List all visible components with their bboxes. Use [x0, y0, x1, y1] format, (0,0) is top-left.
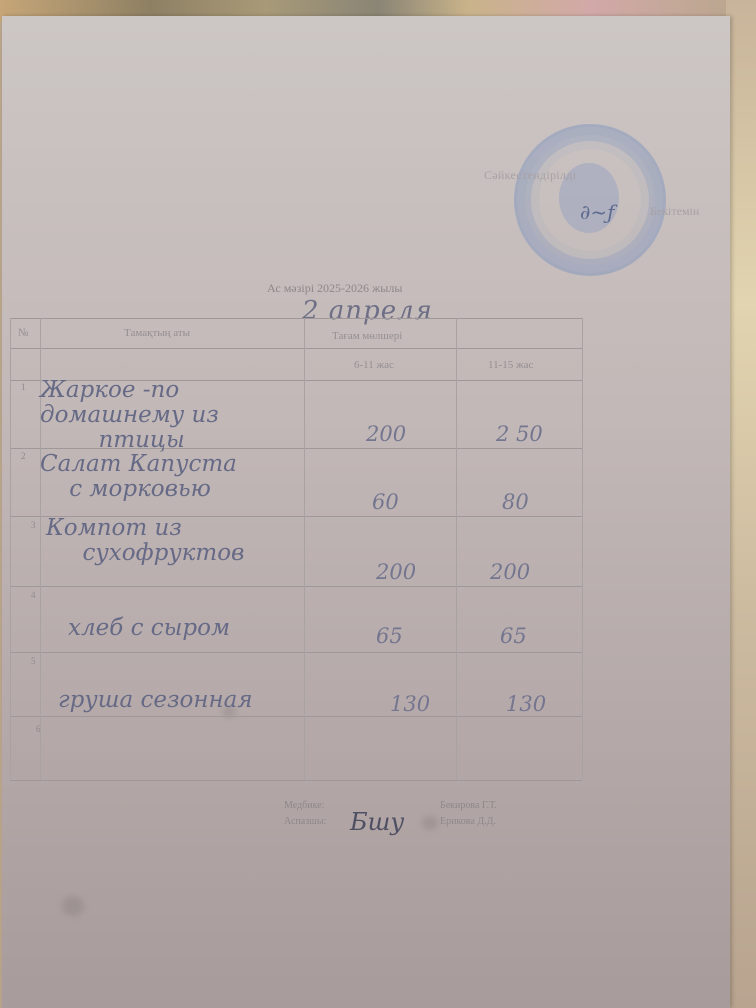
row-number: 3 [31, 520, 36, 530]
table-rule [10, 348, 582, 349]
portion-11-15: 80 [502, 490, 529, 514]
dish-name: Салат Капуста с морковью [40, 452, 237, 502]
portion-6-11: 200 [376, 560, 416, 584]
director-signature: ∂~ƒ [580, 200, 615, 224]
menu-table: № Тамақтың аты Тағам мөлшері 6-11 жас 11… [10, 318, 582, 780]
paper-smudge [62, 896, 84, 916]
row-number: 1 [21, 382, 26, 392]
table-rule [10, 716, 582, 717]
footer-name-nurse: Бекирова Г.Т. [440, 800, 497, 811]
header-portion: Тағам мөлшері [332, 330, 402, 342]
footer-role-nurse: Медбике: [284, 800, 324, 811]
table-col-divider [304, 318, 305, 780]
portion-6-11: 200 [366, 422, 406, 446]
footer-signature: Бшу [350, 808, 404, 836]
header-number: № [18, 327, 29, 339]
dish-name: хлеб с сыром [68, 616, 230, 641]
approval-label: Сәйкестендірілді [484, 168, 576, 183]
document-title: Ас мәзірі 2025-2026 жылы [267, 281, 402, 296]
dish-name: Компот из сухофруктов [46, 516, 244, 566]
header-age-6-11: 6-11 жас [354, 359, 394, 371]
row-number: 2 [21, 451, 26, 461]
header-dish-name: Тамақтың аты [124, 327, 190, 339]
background-fabric-right [726, 0, 756, 1008]
portion-6-11: 130 [390, 692, 430, 716]
header-age-11-15: 11-15 жас [488, 359, 533, 371]
table-border-left [10, 318, 11, 780]
row-number: 6 [36, 724, 41, 734]
portion-6-11: 65 [376, 624, 403, 648]
footer-name-cook: Ерикова Д.Д. [440, 816, 496, 827]
table-col-divider [456, 318, 457, 780]
dish-name: груша сезонная [58, 688, 253, 713]
table-border-right [582, 318, 583, 780]
table-rule [10, 586, 582, 587]
row-number: 5 [31, 656, 36, 666]
paper-smudge [422, 816, 438, 830]
row-number: 4 [31, 590, 36, 600]
table-rule [10, 652, 582, 653]
portion-11-15: 200 [490, 560, 530, 584]
approval-name: Бекітемін [650, 204, 699, 219]
portion-6-11: 60 [372, 490, 399, 514]
portion-11-15: 130 [506, 692, 546, 716]
portion-11-15: 2 50 [496, 422, 543, 446]
portion-11-15: 65 [500, 624, 527, 648]
dish-name: Жаркое -по домашнему из птицы [40, 378, 219, 453]
footer-role-cook: Аспазшы: [284, 816, 326, 827]
table-border-bottom [10, 780, 582, 781]
table-border-top [10, 318, 582, 319]
